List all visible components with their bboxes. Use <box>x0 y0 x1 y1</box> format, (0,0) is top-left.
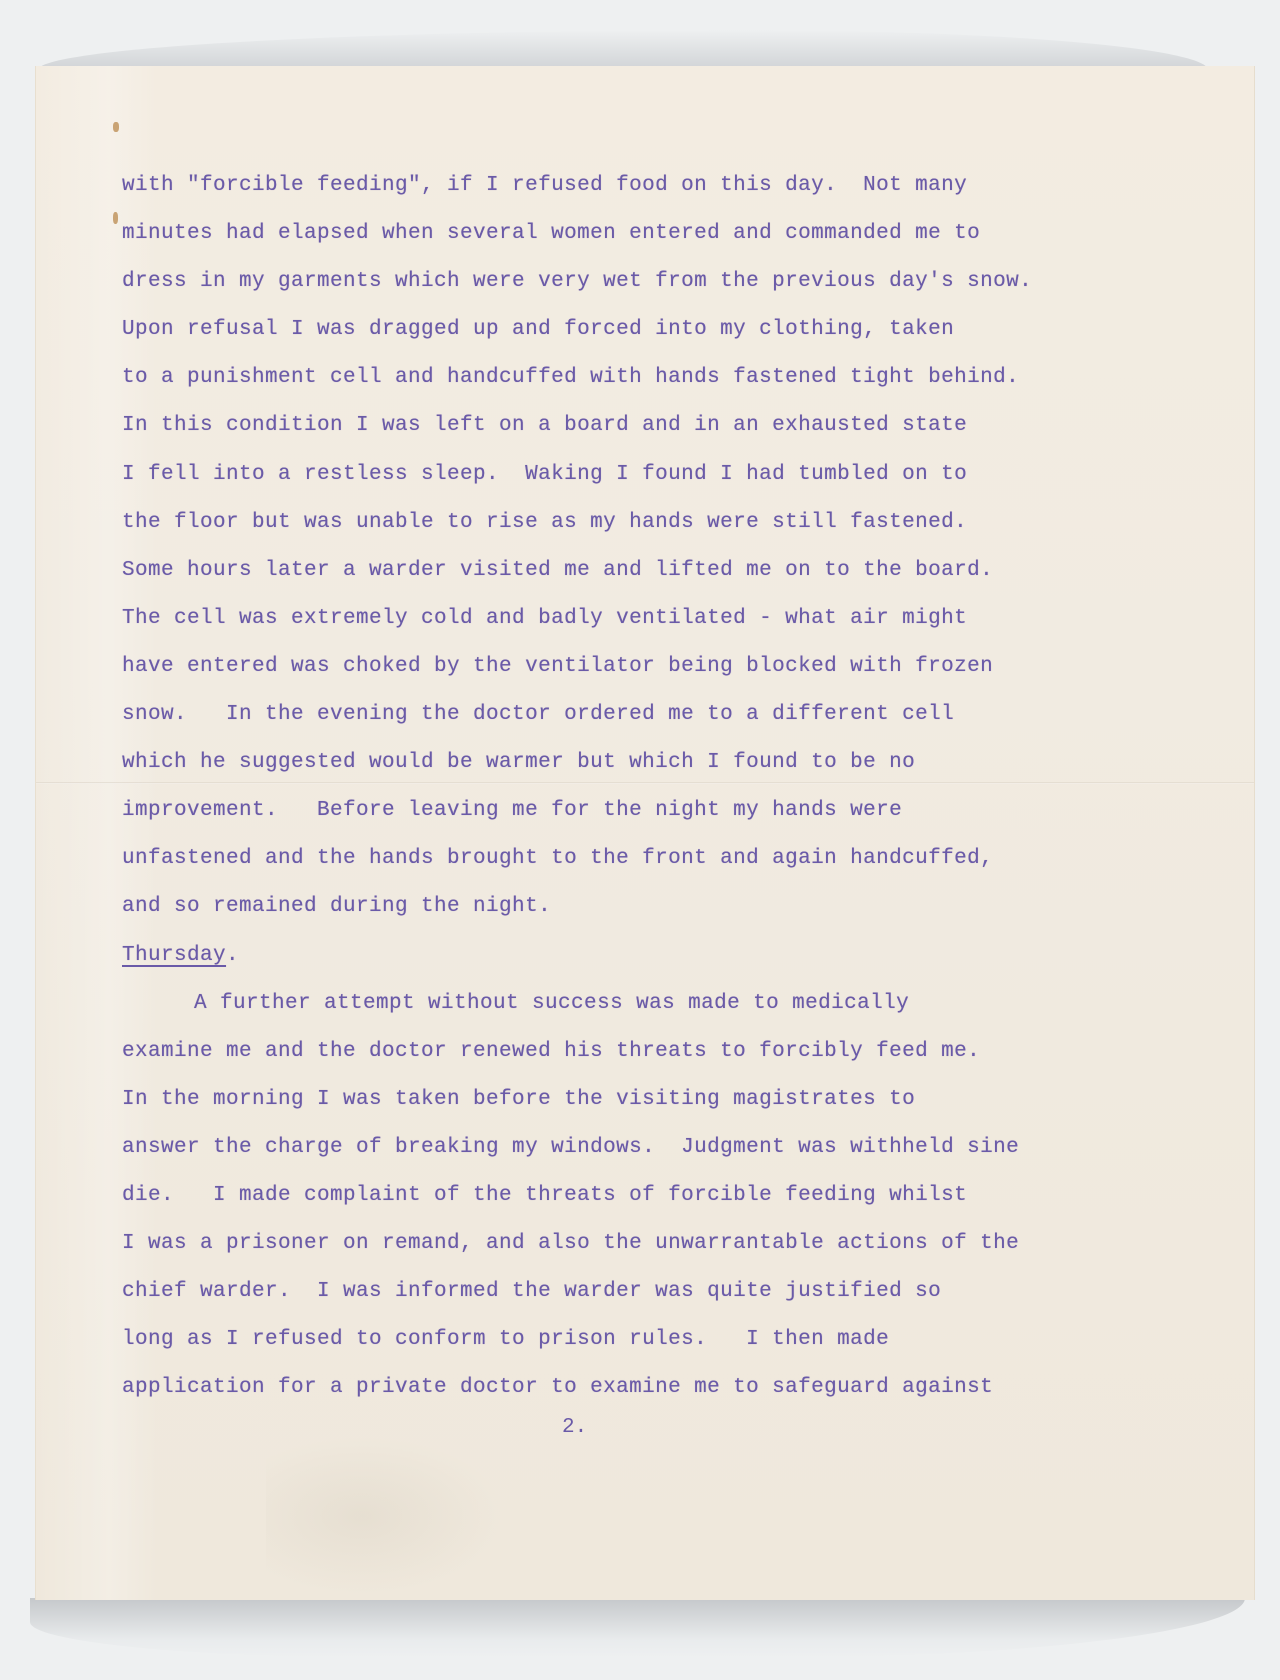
body-line: improvement. Before leaving me for the n… <box>122 787 1232 835</box>
body-line: The cell was extremely cold and badly ve… <box>122 595 1232 643</box>
body-line: answer the charge of breaking my windows… <box>122 1124 1232 1172</box>
rust-stain-mark <box>113 122 119 132</box>
body-line: snow. In the evening the doctor ordered … <box>122 691 1232 739</box>
body-line: In the morning I was taken before the vi… <box>122 1076 1232 1124</box>
body-line: unfastened and the hands brought to the … <box>122 835 1232 883</box>
body-line: and so remained during the night. <box>122 883 1232 931</box>
body-line: which he suggested would be warmer but w… <box>122 739 1232 787</box>
page-number: 2. <box>562 1416 587 1439</box>
body-line: examine me and the doctor renewed his th… <box>122 1028 1232 1076</box>
body-line: Upon refusal I was dragged up and forced… <box>122 306 1232 354</box>
rust-stain-mark <box>113 212 118 224</box>
body-line: to a punishment cell and handcuffed with… <box>122 354 1232 402</box>
paper-smudge <box>266 1436 506 1596</box>
body-line: die. I made complaint of the threats of … <box>122 1172 1232 1220</box>
body-line: I fell into a restless sleep. Waking I f… <box>122 451 1232 499</box>
body-line-indented: A further attempt without success was ma… <box>122 980 1232 1028</box>
document-page: with "forcible feeding", if I refused fo… <box>36 66 1254 1600</box>
body-line: the floor but was unable to rise as my h… <box>122 499 1232 547</box>
body-line: long as I refused to conform to prison r… <box>122 1316 1232 1364</box>
body-line: with "forcible feeding", if I refused fo… <box>122 162 1232 210</box>
body-line: In this condition I was left on a board … <box>122 402 1232 450</box>
paper-shadow-bottom <box>30 1598 1245 1658</box>
body-line: Some hours later a warder visited me and… <box>122 547 1232 595</box>
section-heading-period: . <box>226 944 239 967</box>
paper-shadow-top <box>38 30 1208 70</box>
section-heading: Thursday <box>122 944 226 967</box>
body-line: dress in my garments which were very wet… <box>122 258 1232 306</box>
typewritten-body: with "forcible feeding", if I refused fo… <box>122 162 1232 1412</box>
body-line: have entered was choked by the ventilato… <box>122 643 1232 691</box>
body-line: I was a prisoner on remand, and also the… <box>122 1220 1232 1268</box>
body-line: chief warder. I was informed the warder … <box>122 1268 1232 1316</box>
body-line: application for a private doctor to exam… <box>122 1364 1232 1412</box>
body-line: minutes had elapsed when several women e… <box>122 210 1232 258</box>
section-heading-line: Thursday. <box>122 932 1232 980</box>
